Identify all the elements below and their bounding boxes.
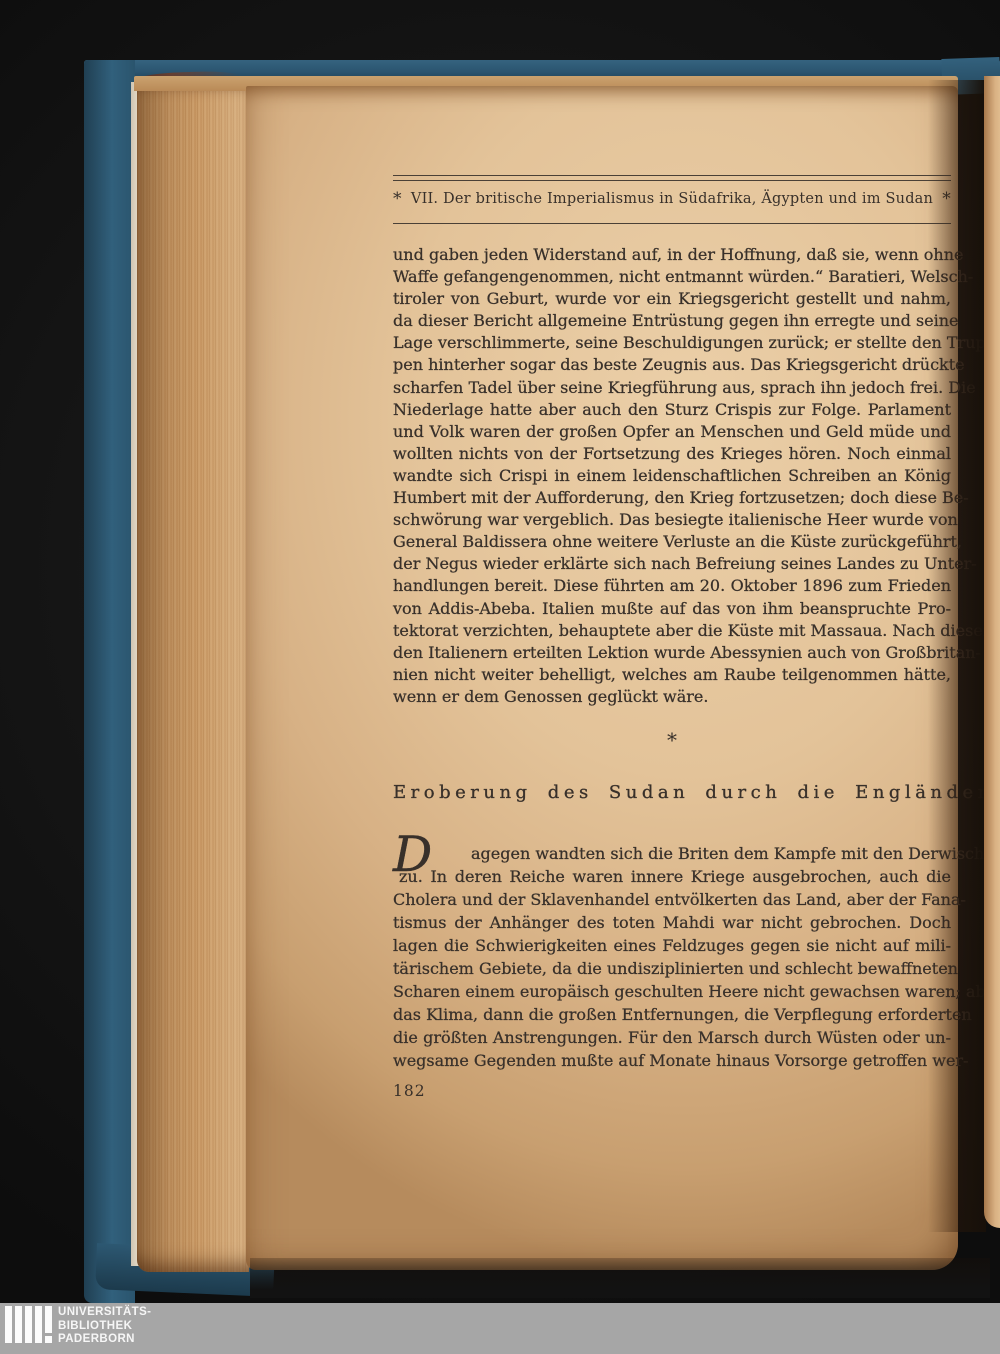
- text-line: Scharen einem europäisch geschulten Heer…: [393, 980, 951, 1003]
- library-banner: UNIVERSITÄTS-BIBLIOTHEKPADERBORN: [0, 1303, 1000, 1354]
- text-line: da dieser Bericht allgemeine Entrüstung …: [393, 310, 951, 332]
- text-line: wollten nichts von der Fortsetzung des K…: [393, 443, 951, 465]
- text-line: zu. In deren Reiche waren innere Kriege …: [393, 865, 951, 888]
- fanned-page-edges: [137, 80, 249, 1272]
- text-line: die größten Anstrengungen. Für den Marsc…: [393, 1026, 951, 1049]
- text-line: agegen wandten sich die Briten dem Kampf…: [393, 842, 951, 865]
- paragraph-2: agegen wandten sich die Briten dem Kampf…: [393, 842, 951, 1072]
- text-line: UNIVERSITÄTS-: [58, 1306, 358, 1320]
- library-logo-icon: [5, 1306, 53, 1348]
- asterisk-separator: *: [393, 728, 951, 752]
- text-line: nien nicht weiter behelligt, welches am …: [393, 664, 951, 686]
- running-header-title: VII. Der britische Imperialismus in Süda…: [402, 191, 943, 207]
- text-line: das Klima, dann die großen Entfernungen,…: [393, 1003, 951, 1026]
- logo-bar-icon: [15, 1306, 22, 1343]
- text-line: handlungen bereit. Diese führten am 20. …: [393, 575, 951, 597]
- logo-bar-icon: [35, 1306, 42, 1343]
- logo-exclamation-icon: [45, 1306, 52, 1348]
- facing-page-edge: [984, 76, 1000, 1228]
- text-line: wenn er dem Genossen geglückt wäre.: [393, 686, 951, 708]
- header-rule-single: [393, 223, 951, 224]
- text-line: General Baldissera ohne weitere Verluste…: [393, 531, 951, 553]
- text-line: pen hinterher sogar das beste Zeugnis au…: [393, 354, 951, 376]
- text-line: lagen die Schwierigkeiten eines Feldzuge…: [393, 934, 951, 957]
- text-line: tismus der Anhänger des toten Mahdi war …: [393, 911, 951, 934]
- running-header: * VII. Der britische Imperialismus in Sü…: [393, 187, 951, 211]
- logo-bar-icon: [25, 1306, 32, 1343]
- page-number: 182: [393, 1082, 951, 1100]
- logo-bar-icon: [5, 1306, 12, 1343]
- book-cover-left-edge: [84, 60, 135, 1303]
- text-line: Humbert mit der Aufforderung, den Krieg …: [393, 487, 951, 509]
- header-rule-double: [393, 175, 951, 181]
- paragraph-1: und gaben jeden Widerstand auf, in der H…: [393, 244, 951, 708]
- page-bottom-shadow: [250, 1258, 990, 1298]
- library-name: UNIVERSITÄTS-BIBLIOTHEKPADERBORN: [58, 1306, 358, 1347]
- section-heading: Eroberung des Sudan durch die Engländer: [393, 782, 951, 803]
- text-line: tektorat verzichten, behauptete aber die…: [393, 620, 951, 642]
- text-line: Cholera und der Sklavenhandel entvölkert…: [393, 888, 951, 911]
- text-line: wegsame Gegenden mußte auf Monate hinaus…: [393, 1049, 951, 1072]
- book-page: * VII. Der britische Imperialismus in Sü…: [246, 86, 958, 1270]
- text-line: der Negus wieder erklärte sich nach Befr…: [393, 553, 951, 575]
- header-ornament-left-icon: *: [393, 192, 402, 206]
- text-line: Niederlage hatte aber auch den Sturz Cri…: [393, 399, 951, 421]
- text-line: und Volk waren der großen Opfer an Mensc…: [393, 421, 951, 443]
- text-line: BIBLIOTHEK: [58, 1320, 358, 1334]
- book-gutter-shadow: [928, 80, 986, 1232]
- text-line: Waffe gefangengenommen, nicht entmannt w…: [393, 266, 951, 288]
- text-line: Lage verschlimmerte, seine Beschuldigung…: [393, 332, 951, 354]
- text-line: den Italienern erteilten Lektion wurde A…: [393, 642, 951, 664]
- text-line: tiroler von Geburt, wurde vor ein Kriegs…: [393, 288, 951, 310]
- text-line: tärischem Gebiete, da die undisziplinier…: [393, 957, 951, 980]
- text-column: * VII. Der britische Imperialismus in Sü…: [393, 86, 951, 1270]
- text-line: und gaben jeden Widerstand auf, in der H…: [393, 244, 951, 266]
- text-line: scharfen Tadel über seine Kriegführung a…: [393, 377, 951, 399]
- text-line: von Addis-Abeba. Italien mußte auf das v…: [393, 598, 951, 620]
- text-line: schwörung war vergeblich. Das besiegte i…: [393, 509, 951, 531]
- text-line: wandte sich Crispi in einem leidenschaft…: [393, 465, 951, 487]
- text-line: PADERBORN: [58, 1333, 358, 1347]
